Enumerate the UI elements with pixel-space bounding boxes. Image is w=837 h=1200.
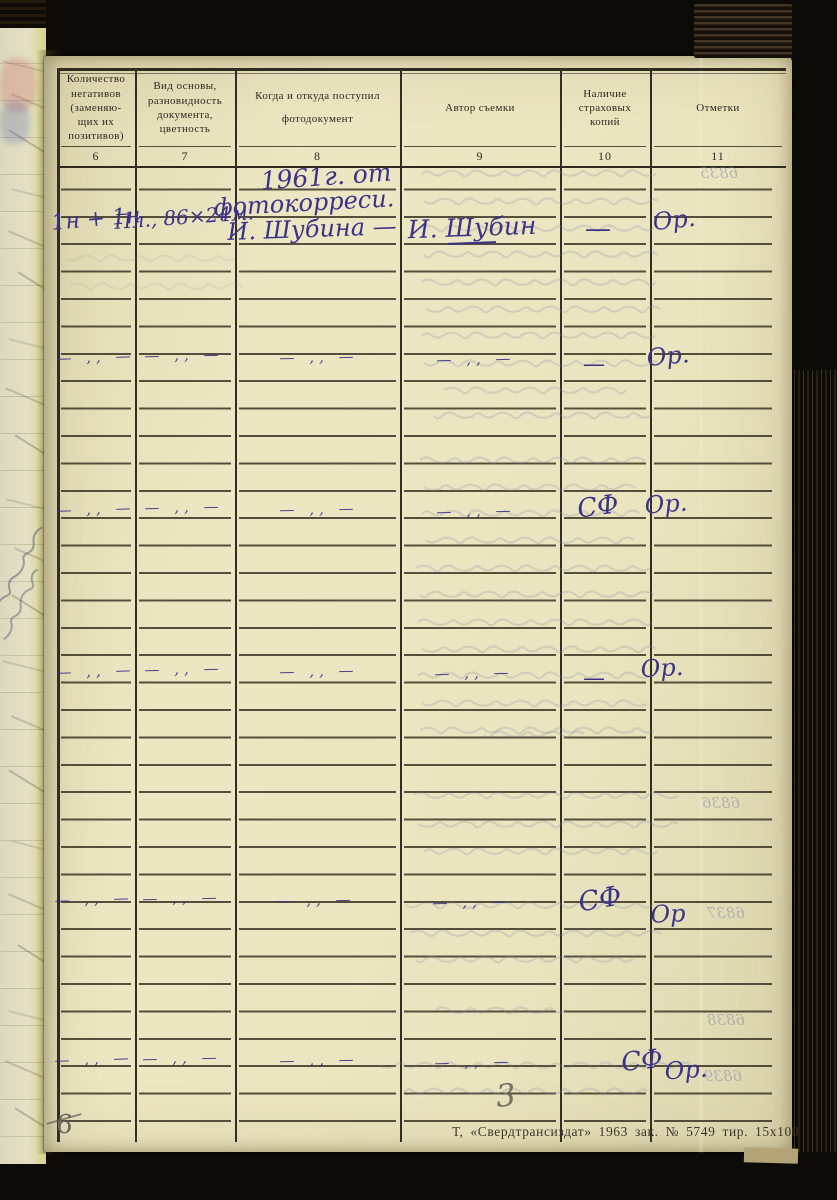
register-sheet: 67891011 Количество негативов (заменяю- … — [44, 56, 792, 1152]
entry-2-author: — ,, — — [436, 501, 515, 520]
book-edge-top-left — [0, 0, 46, 28]
column-header-7: Вид основы, разновидность документа, цве… — [137, 70, 233, 146]
column-number-0: 6 — [57, 149, 135, 164]
column-border-5 — [650, 68, 652, 1142]
entry-2-received: — ,, — — [279, 499, 358, 518]
scanned-register-page: 67891011 Количество негативов (заменяю- … — [0, 0, 837, 1200]
ruled-lines-col-3 — [404, 163, 556, 1125]
entry-5-negatives: — ,, — — [54, 1049, 134, 1070]
entry-5-insurance: СФ — [620, 1044, 664, 1078]
entry-5-received: — ,, — — [279, 1050, 358, 1069]
entry-3-insurance: — — [583, 666, 605, 691]
entry-1-basis: — ,, — — [144, 345, 223, 364]
ruled-lines-col-0 — [61, 163, 131, 1125]
column-header-8: Когда и откуда поступил фотодокумент — [237, 70, 398, 146]
entry-5-marks: Ор. — [664, 1055, 709, 1086]
header-number-separator — [654, 146, 782, 147]
entry-3-basis: — ,, — — [144, 659, 223, 678]
entry-1-marks: Ор. — [646, 340, 691, 372]
ruled-lines-col-5 — [654, 163, 772, 1125]
entry-0-marks: Ор. — [651, 204, 696, 236]
entry-4-negatives: — ,, — — [54, 889, 134, 910]
printer-imprint: Т, «Свердтрансиздат» 1963 зак. № 5749 ти… — [452, 1124, 792, 1140]
header-number-separator — [239, 146, 396, 147]
column-header-10: Наличие страховых копий — [562, 70, 648, 146]
column-border-4 — [560, 68, 562, 1142]
header-number-separator — [404, 146, 556, 147]
book-edge-top-right — [694, 4, 792, 58]
entry-0-insurance: — — [585, 214, 611, 244]
entry-2-insurance: СФ — [575, 489, 620, 524]
entry-5-author: — ,, — — [434, 1052, 513, 1071]
column-number-5: 11 — [650, 149, 786, 164]
column-header-6: Количество негативов (заменяю- щих их по… — [59, 70, 133, 146]
entry-3-author: — ,, — — [434, 663, 513, 682]
entry-1-insurance: — — [583, 352, 605, 377]
entry-4-basis: — ,, — — [142, 888, 221, 907]
column-border-3 — [400, 68, 402, 1142]
column-number-3: 9 — [400, 149, 560, 164]
column-number-4: 10 — [560, 149, 650, 164]
entry-2-marks: Ор. — [644, 489, 689, 520]
entry-5-basis: — ,, — — [142, 1048, 221, 1067]
header-number-separator — [139, 146, 231, 147]
ruled-lines-col-1 — [139, 163, 231, 1125]
ruled-lines-col-2 — [239, 163, 396, 1125]
entry-1-author: — ,, — — [436, 349, 515, 368]
entry-4-marks: Ор — [650, 899, 686, 928]
ink-smudge-blue — [0, 102, 30, 144]
entry-3-marks: Ор. — [640, 653, 684, 683]
pencil-sheet-note: 3 — [494, 1077, 517, 1115]
book-edge-bottom-right — [744, 1147, 798, 1163]
entry-0-author: И. Шубин — [407, 211, 536, 244]
entry-3-negatives: — ,, — — [56, 661, 136, 682]
column-header-9: Автор съемки — [402, 70, 558, 146]
entry-4-author: — ,, — — [432, 892, 511, 911]
column-header-11: Отметки — [652, 70, 784, 146]
ruled-lines-col-4 — [564, 163, 646, 1125]
entry-1-negatives: — ,, — — [56, 347, 136, 368]
pencil-bottom-mark: 6 — [55, 1109, 74, 1140]
header-number-separator — [61, 146, 131, 147]
book-edge-right — [794, 370, 837, 1152]
entry-3-received: — ,, — — [279, 661, 358, 680]
header-number-separator — [564, 146, 646, 147]
entry-2-basis: — ,, — — [144, 497, 223, 516]
entry-4-received: — ,, — — [276, 890, 355, 909]
entry-2-negatives: — ,, — — [56, 499, 136, 520]
column-number-1: 7 — [135, 149, 235, 164]
entry-1-received: — ,, — — [279, 347, 358, 366]
